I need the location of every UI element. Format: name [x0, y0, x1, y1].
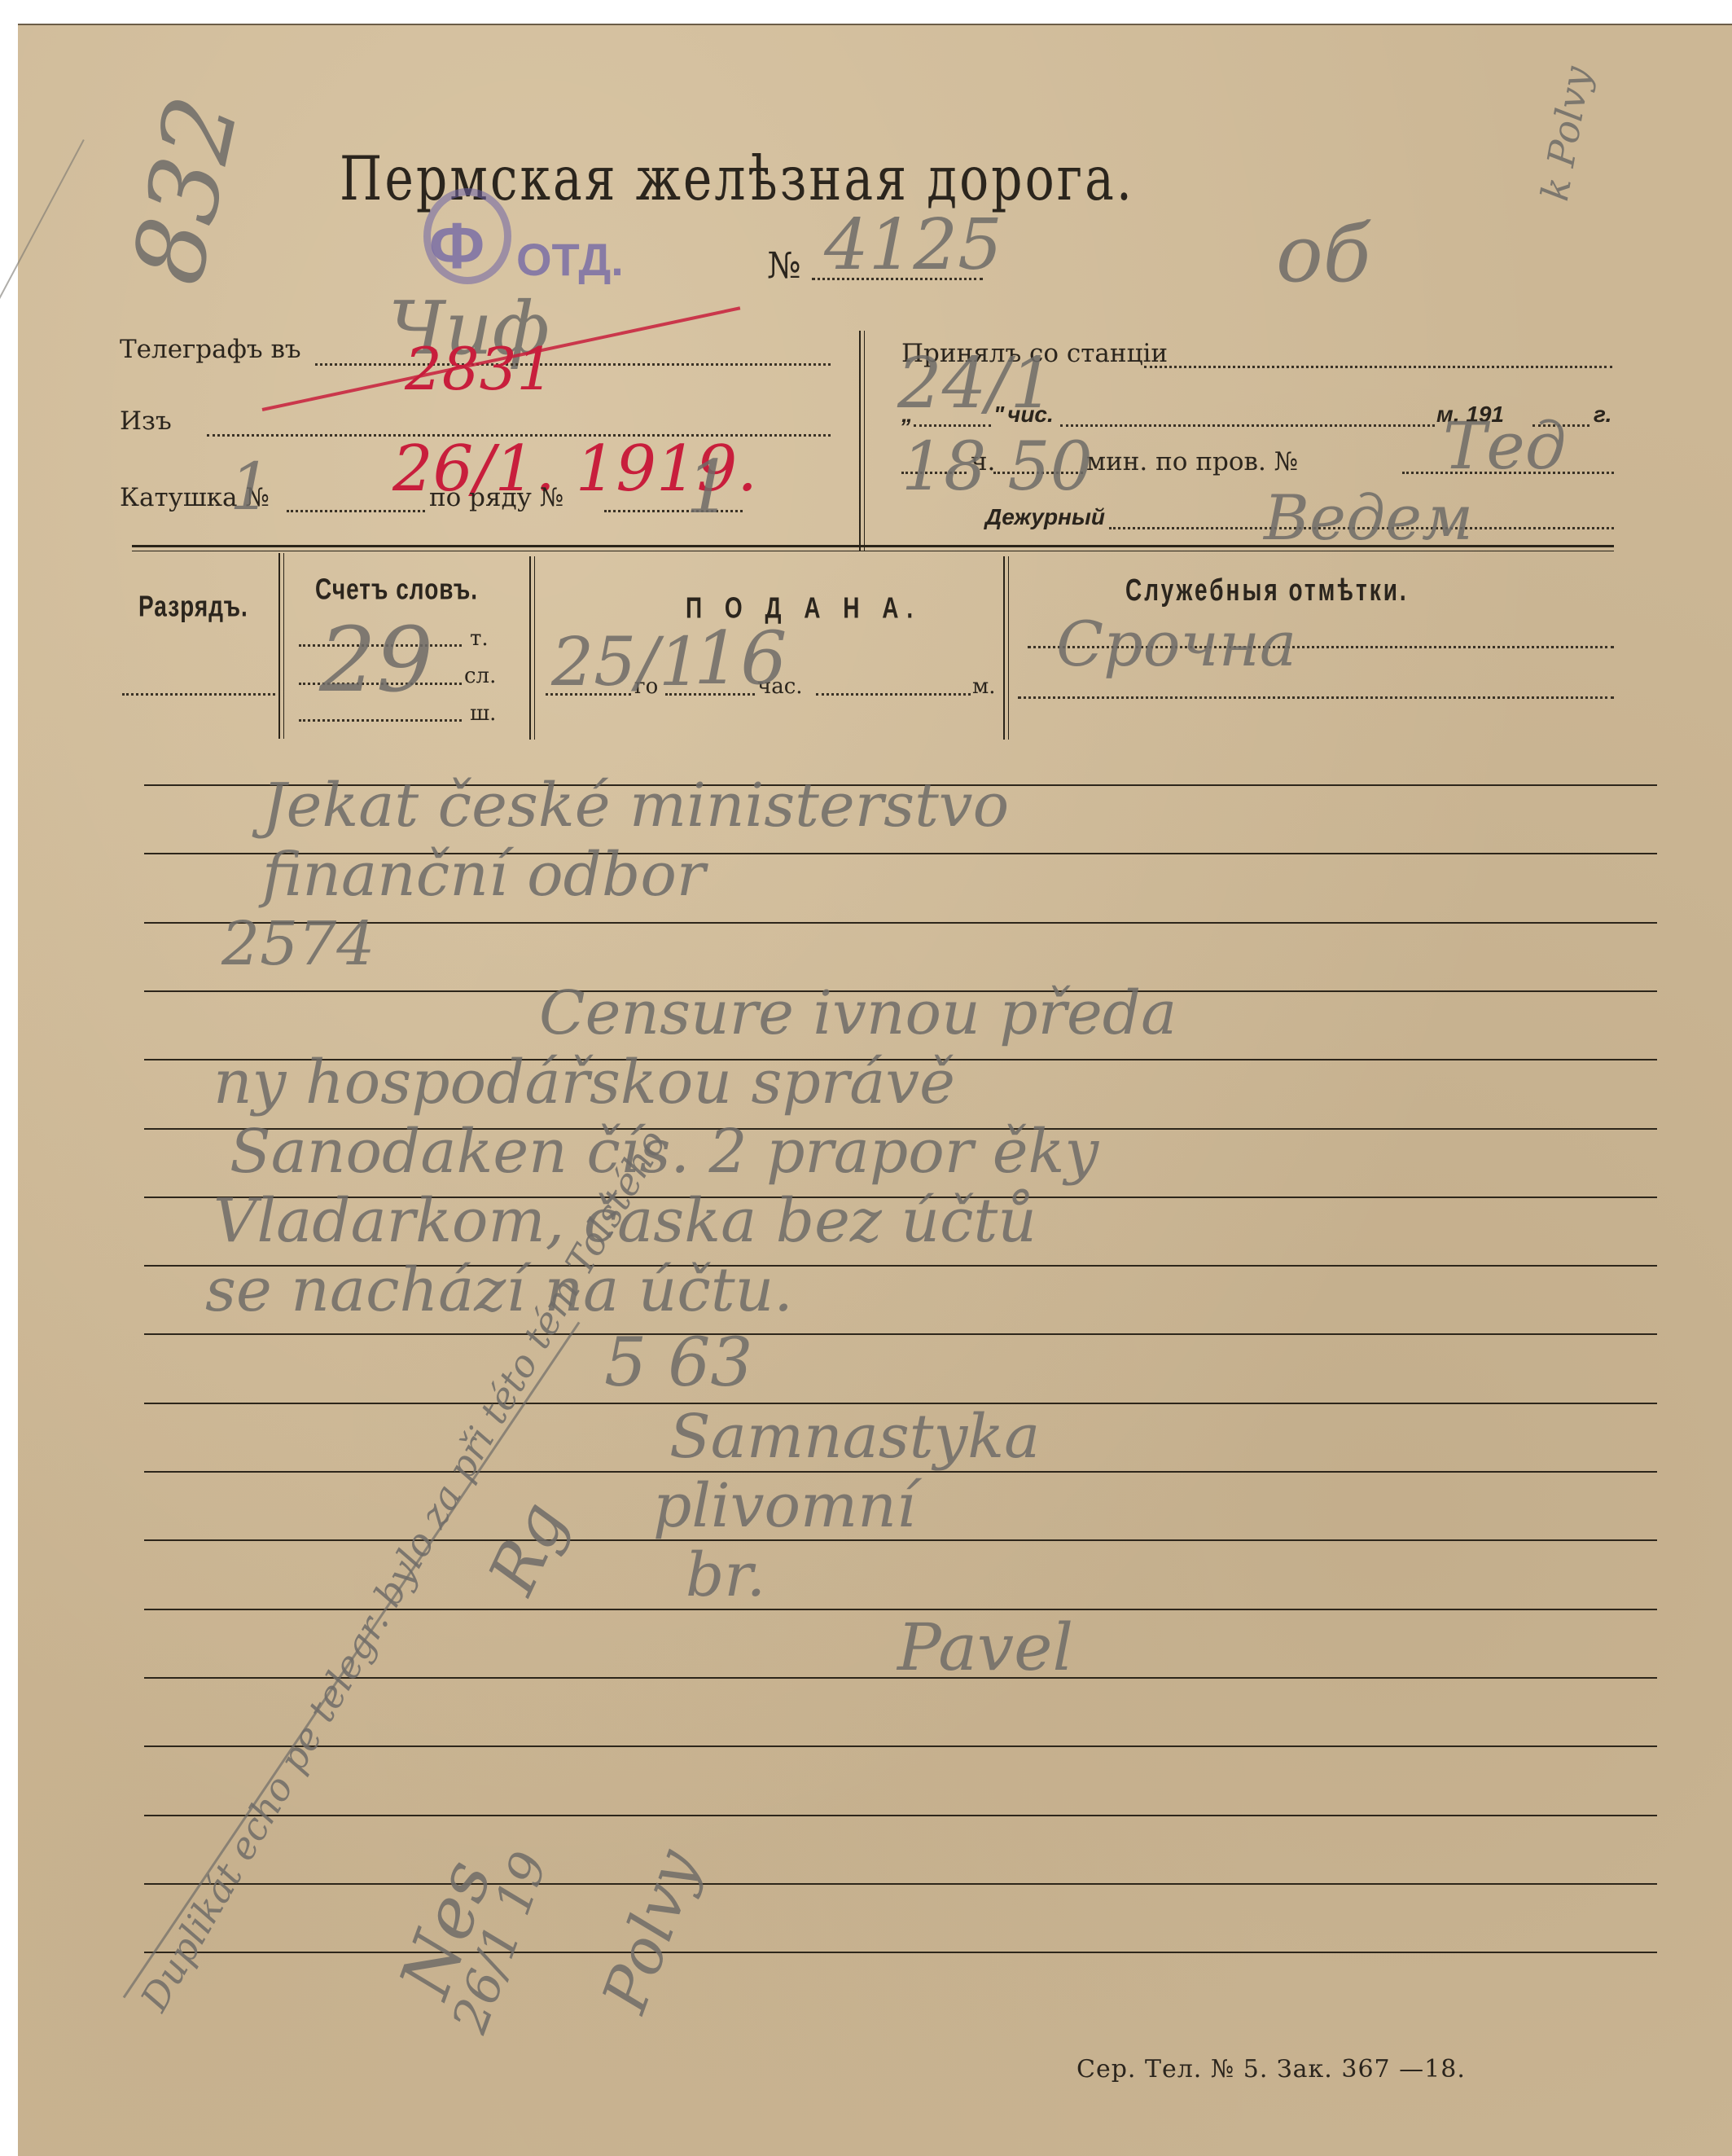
message-rule-line[interactable] — [144, 1883, 1657, 1885]
reel-value: 1 — [230, 449, 271, 525]
serial-number: 4125 — [824, 204, 1002, 286]
stamp-text: ОТД. — [516, 233, 624, 286]
order-label: по ряду № — [429, 483, 563, 512]
pencil-slash — [0, 139, 85, 442]
signature-line: Samnastyka — [669, 1402, 1040, 1472]
table-col-divider-2 — [529, 556, 535, 740]
minutes-label: мин. по пров. № — [1086, 447, 1298, 476]
service-note-value: Срочна — [1056, 608, 1296, 680]
message-rule-line[interactable] — [144, 1333, 1657, 1335]
day-field[interactable] — [914, 424, 991, 427]
telegraph-field[interactable] — [315, 363, 831, 366]
number-label: № — [767, 245, 801, 287]
telegram-form: 832 k Polvy Пермская желѣзная дорога. Ф … — [18, 24, 1732, 2156]
footer-print-info: Сер. Тел. № 5. Зак. 367 —18. — [1076, 2055, 1466, 2084]
word-count-sh-field[interactable] — [299, 719, 462, 722]
category-field[interactable] — [122, 693, 275, 696]
stamp-symbol: Ф — [429, 209, 485, 283]
word-count-sh-label: ш. — [470, 701, 496, 726]
year-suffix: г. — [1594, 402, 1611, 428]
table-col-divider-3 — [1003, 556, 1009, 740]
duty-officer-value: Ведем — [1264, 481, 1473, 554]
bottom-signature: Polvy — [588, 1840, 713, 2021]
submitted-minute-label: м. — [972, 674, 996, 699]
message-line: ny hospodářskou správě — [213, 1047, 955, 1118]
category-header: Разрядъ. — [138, 590, 248, 624]
from-label: Изъ — [120, 406, 172, 436]
word-count-t-label: т. — [470, 626, 489, 651]
order-value: 1 — [686, 445, 732, 530]
telegraph-label: Телеграфъ въ — [120, 335, 301, 364]
signature-line: plivomní — [653, 1471, 916, 1541]
submitted-minute-field[interactable] — [816, 693, 971, 696]
month-field[interactable] — [1060, 424, 1435, 427]
service-notes-header: Служебныя отмѣтки. — [1125, 573, 1409, 608]
message-line: se nachází na účtu. — [205, 1255, 793, 1325]
date-quote-close: " — [993, 402, 1004, 428]
top-mark: об — [1276, 209, 1370, 300]
submitted-date-value: 25/1 — [551, 624, 701, 701]
day-label: чис. — [1007, 402, 1054, 428]
top-right-note: k Polvy — [1532, 64, 1599, 204]
table-top-rule — [132, 545, 1614, 551]
archive-number: 832 — [112, 87, 261, 293]
wire-number-value: Тед — [1443, 408, 1566, 484]
table-col-divider-1 — [278, 553, 284, 739]
message-line: Jekat české ministerstvo — [262, 771, 1009, 841]
margin-initials: Rg — [474, 1491, 581, 1605]
message-line: Censure ivnou předa — [539, 978, 1177, 1048]
service-notes-field-2[interactable] — [1018, 696, 1614, 699]
telegraph-value: 2831 — [405, 335, 554, 403]
submitted-hour-value: 16 — [694, 616, 787, 701]
message-rule-line[interactable] — [144, 1952, 1657, 1953]
message-line: 5 63 — [604, 1324, 753, 1402]
reel-field[interactable] — [287, 510, 425, 512]
date-quote-open: „ — [901, 402, 913, 428]
received-time-value: 18 50 — [901, 428, 1093, 506]
signature-line: Pavel — [897, 1609, 1073, 1685]
duty-label: Дежурный — [985, 504, 1105, 530]
signature-line: br. — [686, 1540, 765, 1610]
word-count-header: Счетъ словъ. — [315, 573, 478, 607]
message-rule-line[interactable] — [144, 1815, 1657, 1816]
word-count-sl-label: сл. — [464, 664, 496, 688]
message-rule-line[interactable] — [144, 1745, 1657, 1747]
word-count-value: 29 — [319, 608, 433, 712]
header-divider — [859, 331, 865, 551]
message-line: finanční odbor — [262, 840, 705, 910]
message-line: 2574 — [221, 909, 375, 979]
received-field[interactable] — [1144, 366, 1612, 368]
